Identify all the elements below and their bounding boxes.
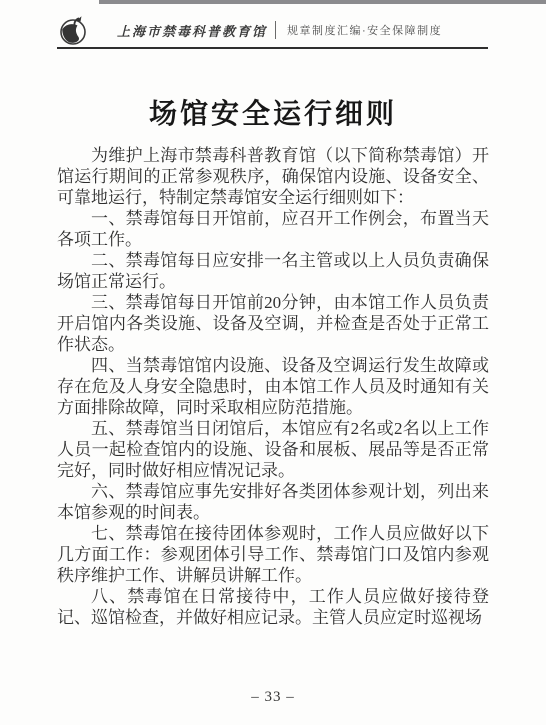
paragraph-item-5: 五、禁毒馆当日闭馆后，本馆应有2名或2名以上工作人员一起检查馆内的设施、设备和展… (57, 418, 489, 481)
header-rule (57, 47, 488, 49)
paragraph-item-8: 八、禁毒馆在日常接待中，工作人员应做好接待登记、巡馆检查，并做好相应记录。主管人… (57, 586, 489, 628)
paragraph-item-6: 六、禁毒馆应事先安排好各类团体参观计划，列出来本馆参观的时间表。 (57, 481, 489, 523)
page-number: – 33 – (0, 689, 546, 706)
document-page: 上海市禁毒科普教育馆 规章制度汇编·安全保障制度 场馆安全运行细则 为维护上海市… (0, 0, 546, 725)
paragraph-intro: 为维护上海市禁毒科普教育馆（以下简称禁毒馆）开馆运行期间的正常参观秩序，确保馆内… (57, 145, 489, 208)
paragraph-item-1: 一、禁毒馆每日开馆前，应召开工作例会，布置当天各项工作。 (57, 208, 489, 250)
header-divider (275, 21, 276, 39)
museum-logo-icon (57, 14, 91, 46)
page-header: 上海市禁毒科普教育馆 规章制度汇编·安全保障制度 (57, 14, 489, 46)
document-body: 为维护上海市禁毒科普教育馆（以下简称禁毒馆）开馆运行期间的正常参观秩序，确保馆内… (57, 145, 489, 628)
brand-title: 上海市禁毒科普教育馆 (117, 21, 267, 40)
paragraph-item-3: 三、禁毒馆每日开馆前20分钟，由本馆工作人员负责开启馆内各类设施、设备及空调，并… (57, 292, 489, 355)
page-title: 场馆安全运行细则 (0, 92, 546, 132)
paragraph-item-7: 七、禁毒馆在接待团体参观时，工作人员应做好以下几方面工作：参观团体引导工作、禁毒… (57, 523, 489, 586)
scan-edge-artifact (99, 0, 546, 4)
paragraph-item-2: 二、禁毒馆每日应安排一名主管或以上人员负责确保场馆正常运行。 (57, 250, 489, 292)
paragraph-item-4: 四、当禁毒馆馆内设施、设备及空调运行发生故障或存在危及人身安全隐患时，由本馆工作… (57, 355, 489, 418)
header-section-label: 规章制度汇编·安全保障制度 (287, 22, 442, 38)
